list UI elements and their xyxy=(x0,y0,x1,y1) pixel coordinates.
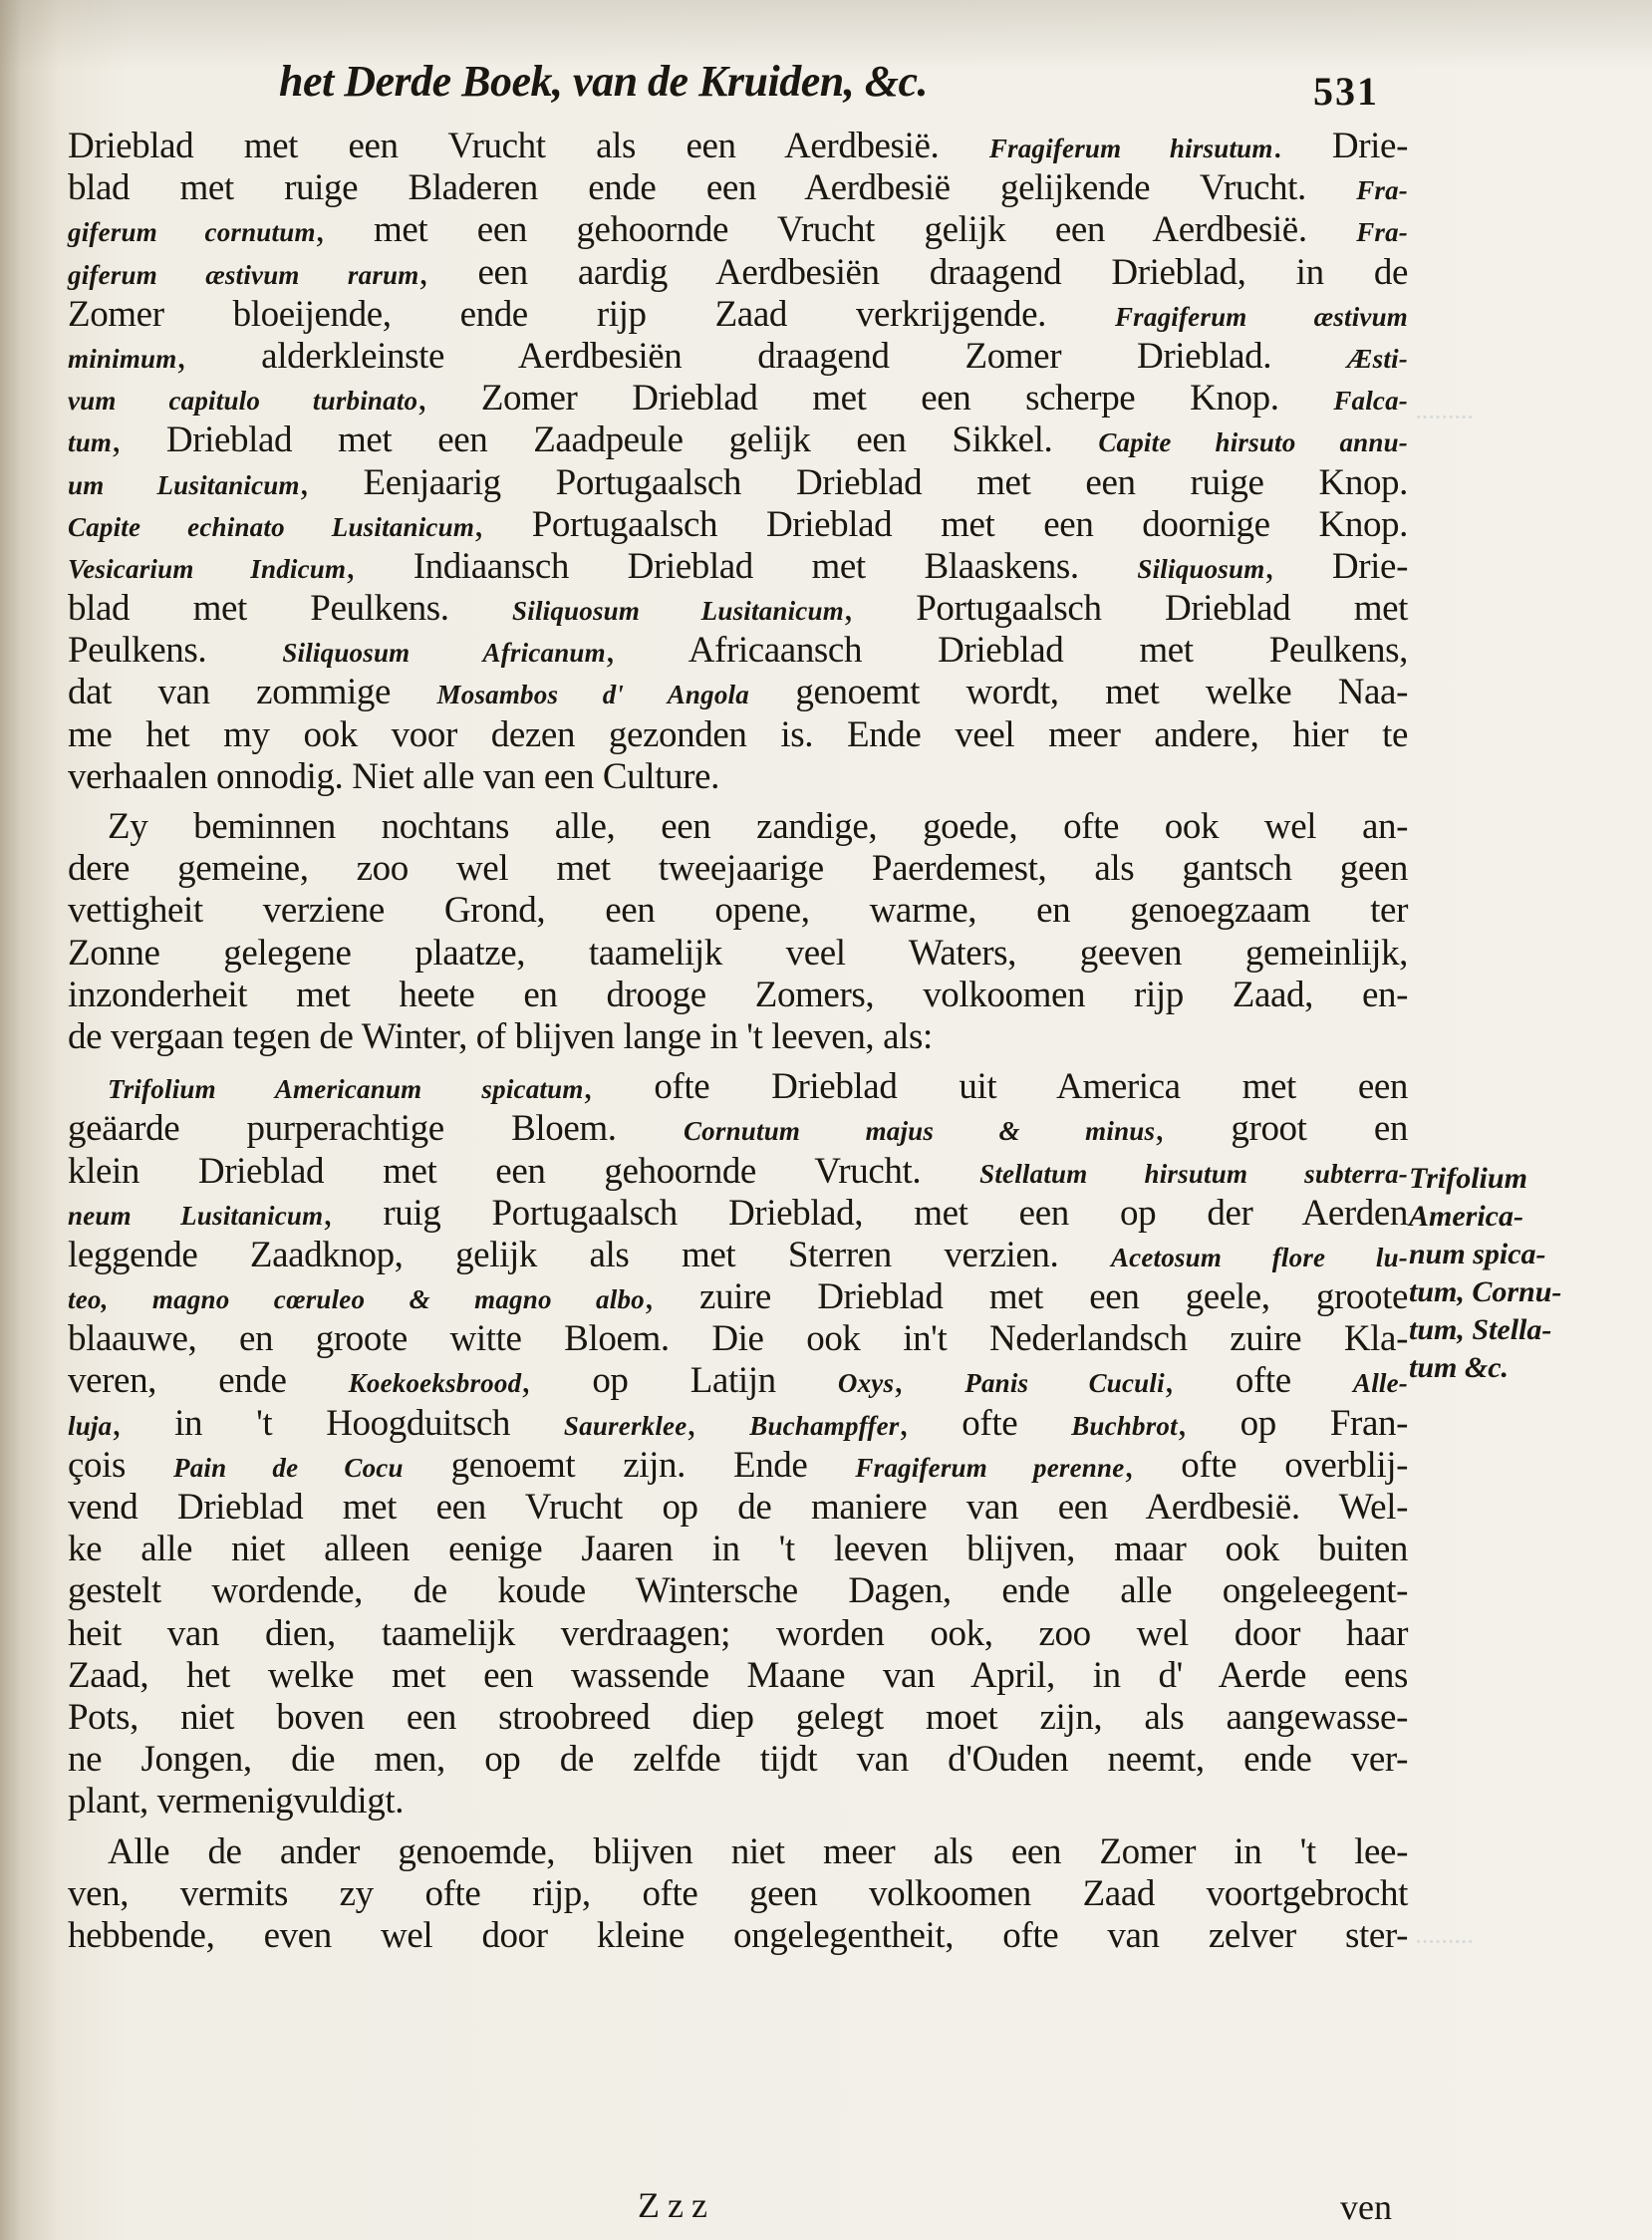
dutch-text: Zonne gelegene plaatze, taamelijk veel W… xyxy=(68,933,1408,974)
dutch-text: , ofte xyxy=(1165,1360,1353,1401)
latin-name: vum capitulo turbinato xyxy=(68,386,417,416)
dutch-text: gestelt wordende, de koude Wintersche Da… xyxy=(68,1570,1408,1611)
latin-name: Siliquosum xyxy=(1137,554,1264,584)
signature-mark: Zzz xyxy=(638,2184,715,2226)
dutch-text: blad met ruige Bladeren ende een Aerdbes… xyxy=(68,167,1356,208)
text-line: Peulkens. Siliquosum Africanum, Africaan… xyxy=(68,630,1408,672)
text-line: klein Drieblad met een gehoornde Vrucht.… xyxy=(68,1151,1408,1193)
text-line: Zomer bloeijende, ende rijp Zaad verkrij… xyxy=(68,294,1408,336)
show-through-text: ········· xyxy=(1415,1923,1474,1961)
dutch-text: . Drie- xyxy=(1273,126,1408,166)
dutch-text: dere gemeine, zoo wel met tweejaarige Pa… xyxy=(68,848,1408,889)
text-line: me het my ook voor dezen gezonden is. En… xyxy=(68,714,1408,756)
dutch-text: Zomer bloeijende, ende rijp Zaad verkrij… xyxy=(68,294,1115,335)
dutch-text: leggende Zaadknop, gelijk als met Sterre… xyxy=(68,1235,1111,1275)
margin-note-line: America- xyxy=(1409,1198,1608,1236)
dutch-text: , een aardig Aerdbesiën draagend Driebla… xyxy=(418,252,1408,293)
text-line: hebbende, even wel door kleine ongelegen… xyxy=(68,1915,1408,1957)
margin-note-line: num spica- xyxy=(1409,1236,1608,1273)
latin-name: Stellatum hirsutum subterra- xyxy=(979,1159,1408,1189)
dutch-text: , ofte Drieblad uit America met een xyxy=(584,1066,1408,1107)
dutch-text: plant, vermenigvuldigt. xyxy=(68,1781,404,1821)
dutch-text: vend Drieblad met een Vrucht op de manie… xyxy=(68,1487,1408,1528)
dutch-text: dat van zommige xyxy=(68,672,437,712)
latin-name: tum xyxy=(68,427,112,457)
dutch-text: , Eenjaarig Portugaalsch Drieblad met ee… xyxy=(300,462,1408,503)
latin-name: Saurerklee xyxy=(564,1411,688,1441)
dutch-text: , Drie- xyxy=(1264,546,1408,587)
text-line: vend Drieblad met een Vrucht op de manie… xyxy=(68,1487,1408,1529)
dutch-text: , zuire Drieblad met een geele, groote xyxy=(645,1276,1408,1317)
dutch-text: , ruig Portugaalsch Drieblad, met een op… xyxy=(323,1193,1408,1234)
text-line: teo, magno cœruleo & magno albo, zuire D… xyxy=(68,1276,1408,1318)
show-through-text: ········· xyxy=(1415,399,1474,436)
text-line: gestelt wordende, de koude Wintersche Da… xyxy=(68,1570,1408,1612)
dutch-text: , Portugaalsch Drieblad met een doornige… xyxy=(474,504,1408,545)
margin-note: TrifoliumAmerica-num spica-tum, Cornu-tu… xyxy=(1409,1160,1608,1387)
dutch-text: blad met Peulkens. xyxy=(68,588,512,629)
latin-name: minimum xyxy=(68,344,176,374)
dutch-text: Zy beminnen nochtans alle, een zandige, … xyxy=(108,806,1408,847)
text-line: Zaad, het welke met een wassende Maane v… xyxy=(68,1655,1408,1697)
page-footer: Zzz ven xyxy=(0,2184,1652,2234)
text-line: ne Jongen, die men, op de zelfde tijdt v… xyxy=(68,1739,1408,1781)
latin-name: Mosambos d' Angola xyxy=(437,680,749,709)
text-line: vettigheit verziene Grond, een opene, wa… xyxy=(68,890,1408,932)
margin-note-line: Trifolium xyxy=(1409,1160,1608,1198)
dutch-text: , met een gehoornde Vrucht gelijk een Ae… xyxy=(316,209,1357,250)
dutch-text: , Zomer Drieblad met een scherpe Knop. xyxy=(417,378,1333,419)
dutch-text: , Africaansch Drieblad met Peulkens, xyxy=(606,630,1408,671)
latin-name: Fra- xyxy=(1356,175,1408,205)
latin-name: Falca- xyxy=(1333,386,1408,416)
text-line: tum, Drieblad met een Zaadpeule gelijk e… xyxy=(68,420,1408,461)
text-line: Alle de ander genoemde, blijven niet mee… xyxy=(68,1831,1408,1873)
page-header: het Derde Boek, van de Kruiden, &c. 531 xyxy=(0,56,1652,126)
latin-name: Capite echinato Lusitanicum xyxy=(68,512,474,542)
paragraph-gap xyxy=(68,1058,1408,1066)
latin-name: Fragiferum hirsutum xyxy=(989,134,1273,163)
text-line: dere gemeine, zoo wel met tweejaarige Pa… xyxy=(68,848,1408,890)
text-line: leggende Zaadknop, gelijk als met Sterre… xyxy=(68,1235,1408,1276)
text-line: çois Pain de Cocu genoemt zijn. Ende Fra… xyxy=(68,1445,1408,1487)
text-line: ke alle niet alleen eenige Jaaren in 't … xyxy=(68,1529,1408,1570)
dutch-text: hebbende, even wel door kleine ongelegen… xyxy=(68,1915,1408,1956)
text-line: geäarde purperachtige Bloem. Cornutum ma… xyxy=(68,1108,1408,1150)
dutch-text: Pots, niet boven een stroobreed diep gel… xyxy=(68,1697,1408,1738)
text-line: verhaalen onnodig. Niet alle van een Cul… xyxy=(68,756,1408,798)
dutch-text: , Drieblad met een Zaadpeule gelijk een … xyxy=(112,420,1098,460)
text-line: veren, ende Koekoeksbrood, op Latijn Oxy… xyxy=(68,1360,1408,1402)
latin-name: Siliquosum Lusitanicum xyxy=(512,596,844,626)
page-number: 531 xyxy=(1313,68,1379,115)
latin-name: luja xyxy=(68,1411,112,1441)
dutch-text: Peulkens. xyxy=(68,630,282,671)
latin-name: Buchampffer xyxy=(749,1411,899,1441)
dutch-text: , Portugaalsch Drieblad met xyxy=(844,588,1408,629)
dutch-text: , alderkleinste Aerdbesiën draagend Zome… xyxy=(176,336,1347,377)
text-line: luja, in 't Hoogduitsch Saurerklee, Buch… xyxy=(68,1403,1408,1445)
text-line: giferum æstivum rarum, een aardig Aerdbe… xyxy=(68,252,1408,294)
dutch-text: inzonderheit met heete en drooge Zomers,… xyxy=(68,975,1408,1015)
dutch-text: klein Drieblad met een gehoornde Vrucht. xyxy=(68,1151,979,1192)
dutch-text: ke alle niet alleen eenige Jaaren in 't … xyxy=(68,1529,1408,1569)
text-line: Capite echinato Lusitanicum, Portugaalsc… xyxy=(68,504,1408,546)
latin-name: teo, magno cœruleo & magno albo xyxy=(68,1284,645,1314)
dutch-text: genoemt zijn. Ende xyxy=(404,1445,856,1486)
dutch-text: , op Latijn xyxy=(521,1360,838,1401)
dutch-text: Zaad, het welke met een wassende Maane v… xyxy=(68,1655,1408,1696)
dutch-text: heit van dien, taamelijk verdraagen; wor… xyxy=(68,1613,1408,1654)
text-line: um Lusitanicum, Eenjaarig Portugaalsch D… xyxy=(68,462,1408,504)
text-line: plant, vermenigvuldigt. xyxy=(68,1781,1408,1822)
text-line: Zy beminnen nochtans alle, een zandige, … xyxy=(68,806,1408,848)
latin-name: Koekoeksbrood xyxy=(349,1368,522,1398)
dutch-text: blaauwe, en groote witte Bloem. Die ook … xyxy=(68,1318,1408,1359)
latin-name: Æsti- xyxy=(1347,344,1408,374)
latin-name: Pain de Cocu xyxy=(173,1453,404,1483)
text-line: giferum cornutum, met een gehoornde Vruc… xyxy=(68,209,1408,251)
text-line: Zonne gelegene plaatze, taamelijk veel W… xyxy=(68,933,1408,975)
dutch-text: , op Fran- xyxy=(1178,1403,1408,1444)
dutch-text: , Indiaansch Drieblad met Blaaskens. xyxy=(346,546,1137,587)
text-line: blaauwe, en groote witte Bloem. Die ook … xyxy=(68,1318,1408,1360)
latin-name: giferum æstivum rarum xyxy=(68,260,418,290)
text-line: Vesicarium Indicum, Indiaansch Drieblad … xyxy=(68,546,1408,588)
dutch-text: vettigheit verziene Grond, een opene, wa… xyxy=(68,890,1408,931)
dutch-text: geäarde purperachtige Bloem. xyxy=(68,1108,684,1149)
dutch-text: , in 't Hoogduitsch xyxy=(112,1403,564,1444)
text-line: blad met Peulkens. Siliquosum Lusitanicu… xyxy=(68,588,1408,630)
dutch-text: genoemt wordt, met welke Naa- xyxy=(749,672,1408,712)
latin-name: Fragiferum perenne xyxy=(855,1453,1124,1483)
dutch-text: ne Jongen, die men, op de zelfde tijdt v… xyxy=(68,1739,1408,1780)
latin-name: Vesicarium Indicum xyxy=(68,554,346,584)
latin-name: giferum cornutum xyxy=(68,217,316,247)
text-line: vum capitulo turbinato, Zomer Drieblad m… xyxy=(68,378,1408,420)
latin-name: neum Lusitanicum xyxy=(68,1201,323,1231)
latin-name: Cornutum majus & minus xyxy=(684,1116,1155,1146)
dutch-text: çois xyxy=(68,1445,173,1486)
book-page: het Derde Boek, van de Kruiden, &c. 531 … xyxy=(0,0,1652,2240)
dutch-text: Drieblad met een Vrucht als een Aerdbesi… xyxy=(68,126,989,166)
latin-name: Acetosum flore lu- xyxy=(1111,1243,1408,1272)
text-line: neum Lusitanicum, ruig Portugaalsch Drie… xyxy=(68,1193,1408,1235)
dutch-text: , xyxy=(687,1403,749,1444)
margin-note-line: tum &c. xyxy=(1409,1349,1608,1387)
text-line: blad met ruige Bladeren ende een Aerdbes… xyxy=(68,167,1408,209)
dutch-text: , ofte xyxy=(899,1403,1071,1444)
latin-name: Capite hirsuto annu- xyxy=(1098,427,1408,457)
paragraph-gap xyxy=(68,1823,1408,1831)
latin-name: Fra- xyxy=(1356,217,1408,247)
dutch-text: de vergaan tegen de Winter, of blijven l… xyxy=(68,1016,933,1057)
text-line: Trifolium Americanum spicatum, ofte Drie… xyxy=(68,1066,1408,1108)
text-line: inzonderheit met heete en drooge Zomers,… xyxy=(68,975,1408,1016)
running-head: het Derde Boek, van de Kruiden, &c. xyxy=(279,56,928,107)
text-line: dat van zommige Mosambos d' Angola genoe… xyxy=(68,672,1408,713)
latin-name: Buchbrot xyxy=(1071,1411,1178,1441)
margin-note-line: tum, Stella- xyxy=(1409,1311,1608,1349)
latin-name: Fragiferum æstivum xyxy=(1115,302,1408,332)
margin-note-line: tum, Cornu- xyxy=(1409,1273,1608,1311)
text-line: heit van dien, taamelijk verdraagen; wor… xyxy=(68,1613,1408,1655)
dutch-text: veren, ende xyxy=(68,1360,349,1401)
latin-name: um Lusitanicum xyxy=(68,470,300,500)
catchword: ven xyxy=(1340,2186,1392,2228)
latin-name: Siliquosum Africanum xyxy=(282,638,606,668)
text-line: Drieblad met een Vrucht als een Aerdbesi… xyxy=(68,126,1408,167)
dutch-text: Alle de ander genoemde, blijven niet mee… xyxy=(108,1831,1408,1872)
dutch-text: , ofte overblij- xyxy=(1124,1445,1408,1486)
dutch-text: verhaalen onnodig. Niet alle van een Cul… xyxy=(68,756,719,797)
latin-name: Panis Cuculi xyxy=(964,1368,1165,1398)
text-line: de vergaan tegen de Winter, of blijven l… xyxy=(68,1016,1408,1058)
body-text: Drieblad met een Vrucht als een Aerdbesi… xyxy=(68,126,1408,1957)
latin-name: Oxys xyxy=(838,1368,894,1398)
text-line: ven, vermits zy ofte rijp, ofte geen vol… xyxy=(68,1873,1408,1915)
paragraph-gap xyxy=(68,798,1408,806)
dutch-text: me het my ook voor dezen gezonden is. En… xyxy=(68,714,1408,755)
text-line: Pots, niet boven een stroobreed diep gel… xyxy=(68,1697,1408,1739)
latin-name: Trifolium Americanum spicatum xyxy=(108,1074,584,1104)
dutch-text: , xyxy=(894,1360,964,1401)
latin-name: Alle- xyxy=(1353,1368,1408,1398)
dutch-text: , groot en xyxy=(1155,1108,1408,1149)
text-line: minimum, alderkleinste Aerdbesiën draage… xyxy=(68,336,1408,378)
dutch-text: ven, vermits zy ofte rijp, ofte geen vol… xyxy=(68,1873,1408,1914)
